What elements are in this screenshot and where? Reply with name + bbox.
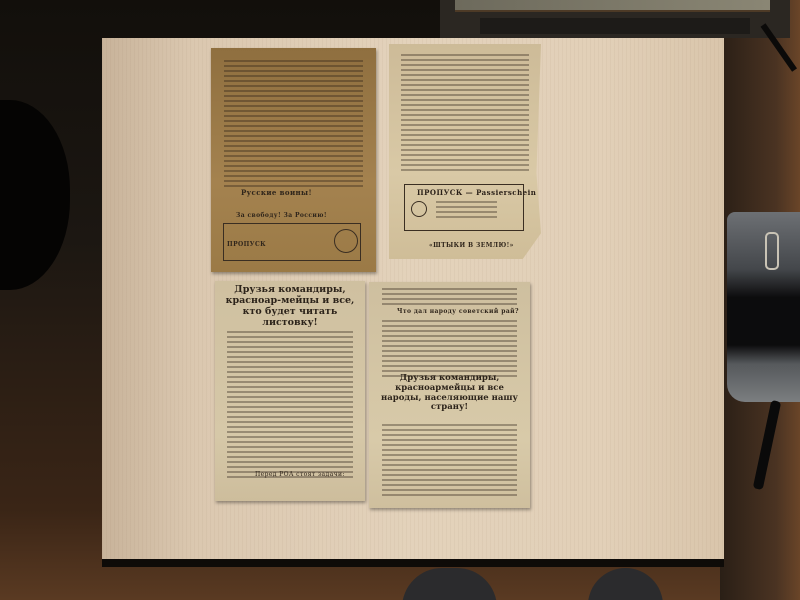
leaflet-body-text xyxy=(382,424,517,499)
pass-box: ПРОПУСК — Passierschein xyxy=(404,184,524,231)
camera-bag xyxy=(727,212,800,402)
leaflet-footer-heading: Русские воины! xyxy=(241,188,312,197)
leaflet-headline: Друзья командиры, красноар-мейцы и все, … xyxy=(215,285,365,329)
leaflet-bottom-right: Что дал народу советский рай? Друзья ком… xyxy=(369,282,530,508)
section-heading: Перед РОА стоят задачи: xyxy=(255,471,345,478)
leaflet-body-text xyxy=(382,320,517,380)
leaflet-slogan: За свободу! За Россию! xyxy=(236,212,327,219)
leaflet-headline: Друзья командиры, красноармейцы и все на… xyxy=(369,374,530,413)
pass-text xyxy=(436,201,497,221)
board-edge-shadow xyxy=(102,559,724,567)
pass-box: ПРОПУСК xyxy=(223,223,361,261)
leaflet-top-right: ПРОПУСК — Passierschein «ШТЫКИ В ЗЕМЛЮ!» xyxy=(389,44,541,259)
leaflet-body-text xyxy=(227,331,353,481)
leaflet-body-text xyxy=(224,60,363,190)
furniture-rail xyxy=(455,0,770,12)
eagle-emblem-icon xyxy=(334,229,358,253)
bottom-caption: «ШТЫКИ В ЗЕМЛЮ!» xyxy=(429,242,514,249)
furniture-shelf xyxy=(480,18,750,34)
leaflet-top-left: Русские воины! За свободу! За Россию! ПР… xyxy=(211,48,376,272)
leaflet-body-text xyxy=(401,54,529,174)
leaflet-bottom-left: Друзья командиры, красноар-мейцы и все, … xyxy=(215,281,365,501)
leaflet-subheading: Что дал народу советский рай? xyxy=(397,308,519,315)
eagle-emblem-icon xyxy=(411,201,427,217)
pass-label: ПРОПУСК xyxy=(227,241,266,248)
furniture-top xyxy=(440,0,790,38)
bag-clip xyxy=(765,232,779,270)
leaflet-body-text xyxy=(382,288,517,308)
pass-title: ПРОПУСК — Passierschein xyxy=(417,188,536,197)
